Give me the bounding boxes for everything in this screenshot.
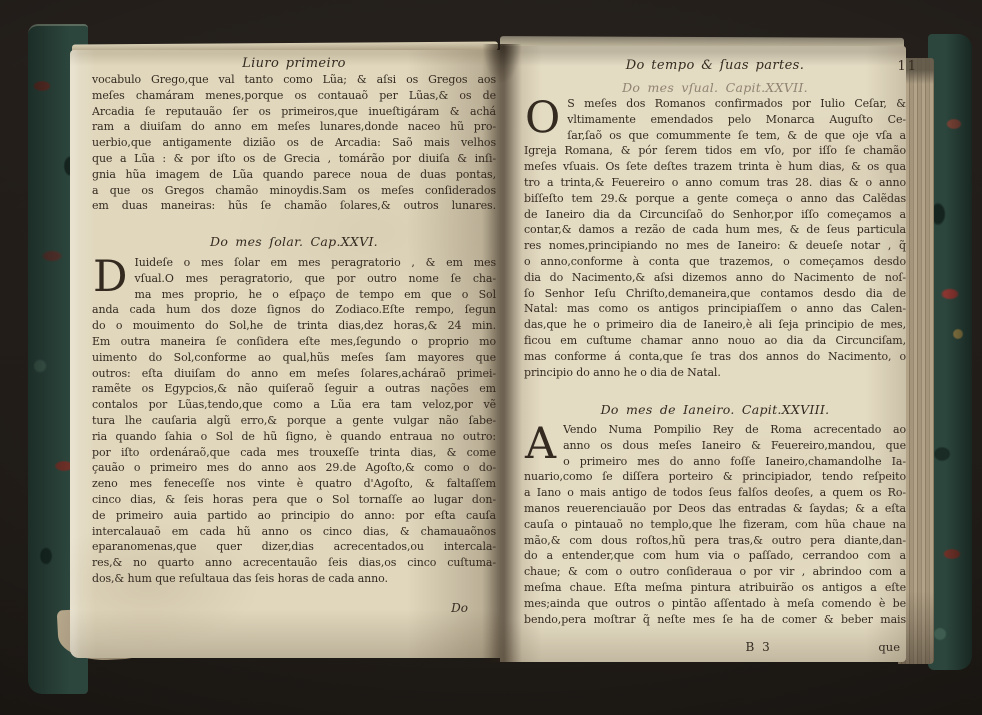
text-line: eparanomenas,que quer dizer,dias acrecen… <box>92 539 496 555</box>
text-line: dos,& hum que reſultaua das ſeis horas d… <box>92 571 496 587</box>
text-line: Iuideſe o mes ſolar em mes peragratorio … <box>134 255 496 271</box>
text-line: meſes chamáram menes,porque os contauaõ … <box>92 88 496 104</box>
drop-cap-o: O <box>525 98 560 138</box>
page-number: 11 <box>897 59 918 74</box>
drop-cap-a: A <box>525 424 556 464</box>
text-line: ſar,ſaõ os que comummente ſe tem, & de q… <box>567 128 906 144</box>
text-line: res,& no quarto anno acrecentauão ſeis d… <box>92 555 496 571</box>
text-line: ramẽte os Egypcios,& não quiſeraõ ſeguir… <box>92 381 496 397</box>
text-line: res nomes,principiando no mes de Ianeiro… <box>524 238 906 254</box>
chapter-heading-26: Do mes ſolar. Cap.XXVI. <box>92 234 496 249</box>
text-line: em duas maneiras: hũs ſe chamão ſolares,… <box>92 198 496 214</box>
text-line: de primeiro auia partido ao principio do… <box>92 508 496 524</box>
text-line: principio do anno he o dia de Natal. <box>524 365 906 381</box>
catchword-right: que <box>878 640 900 654</box>
text-line: do o mouimento do Sol,he de trinta dias,… <box>92 318 496 334</box>
text-line: mes;ainda que outros o pintão aſſentado … <box>524 596 906 612</box>
text-line: cinco dias, & ſeis horas pera que o Sol … <box>92 492 496 508</box>
chapter-heading-27: Do mes vſual. Capit.XXVII. <box>524 80 906 95</box>
text-line: biſſeſto tem 29.& porque a gente começa … <box>524 191 906 207</box>
gutter-shadow <box>482 44 522 662</box>
paragraph-lines: S meſes dos Romanos confirmados por Iuli… <box>524 96 906 380</box>
text-line: por iſto ordenáraõ,que cada mes trouxeſſ… <box>92 445 496 461</box>
text-line: o primeiro mes do anno foſſe Ianeiro,cha… <box>563 454 906 470</box>
gathering-signature: B 3 <box>746 640 772 654</box>
text-line: anda cada hum dos doze ſignos do Zodiaco… <box>92 302 496 318</box>
text-line: meſes vſuais. Os ſete deſtes trazem trin… <box>524 159 906 175</box>
text-line: gnia hũa imagem de Lũa quando parece nou… <box>92 167 496 183</box>
text-line: tro a trinta,& Feuereiro o anno comum tr… <box>524 175 906 191</box>
drop-cap-d: D <box>93 257 127 297</box>
paragraph-ch26: D Iuideſe o mes ſolar em mes peragratori… <box>92 255 496 587</box>
text-line: çauão o primeiro mes do anno aos 29.de A… <box>92 460 496 476</box>
text-line: nuario,como ſe diſſera porteiro & princi… <box>524 469 906 485</box>
text-line: outros: eſta diuiſam do anno em meſes ſo… <box>92 366 496 382</box>
text-line: Igreja Romana, & pór ſerem tidos em vſo,… <box>524 143 906 159</box>
text-line: dia do Nacimento,& aſsi dizemos anno do … <box>524 270 906 286</box>
text-line: contar,& damos a rezão de cada hum mes, … <box>524 222 906 238</box>
running-head-right: Do tempo & ſuas partes. <box>524 58 906 73</box>
paragraph-lines: vocabulo Grego,que val tanto como Lũa; &… <box>92 72 496 214</box>
page-right-text-column: Do tempo & ſuas partes. 11 Do mes vſual.… <box>524 46 906 662</box>
text-line: de Ianeiro dia da Circunciſaõ do Senhor,… <box>524 207 906 223</box>
text-line: Arcadia ſe reputauão ſer os primeiros,qu… <box>92 104 496 120</box>
text-line: vocabulo Grego,que val tanto como Lũa; &… <box>92 72 496 88</box>
text-line: chaue; & com o outro conſideraua o por v… <box>524 564 906 580</box>
text-line: mas conforme á conta,que ſe tras dos ann… <box>524 349 906 365</box>
text-line: que a Lũa : & por iſto os de Grecia , to… <box>92 151 496 167</box>
text-line: manos reuerenciauão por Deos das entrada… <box>524 501 906 517</box>
signature-row: B 3 que <box>524 640 906 656</box>
text-line: uerbio,que antigamente dizião os de Arca… <box>92 135 496 151</box>
photo-background: Liuro primeiro vocabulo Grego,que val ta… <box>0 0 982 715</box>
text-line: mão,& com dous roſtos,hũ pera tras,& out… <box>524 533 906 549</box>
text-line: ſo Senhor Ieſu Chriſto,demaneira,que con… <box>524 286 906 302</box>
page-left: Liuro primeiro vocabulo Grego,que val ta… <box>70 50 502 658</box>
text-line: Natal: mas como os antigos principiaſſem… <box>524 301 906 317</box>
text-line: bendo,pera moſtrar q̃ neſte mes ſe ha de… <box>524 612 906 628</box>
paragraph-lines: Iuideſe o mes ſolar em mes peragratorio … <box>92 255 496 587</box>
text-line: a Iano o mais antigo de todos ſeus falſo… <box>524 485 906 501</box>
text-line: cauſa o pintauaõ no templo,que lhe fizer… <box>524 517 906 533</box>
text-line: do a entender,que com hum via o paſſado,… <box>524 548 906 564</box>
text-line: uimento do Sol,conforme ao qual,hũs meſe… <box>92 350 496 366</box>
text-line: vſual.O mes peragratorio, que por outro … <box>134 271 496 287</box>
text-line: a que os Gregos chamão minoydis.Sam os m… <box>92 183 496 199</box>
text-line: das,que he o primeiro dia de Ianeiro,è a… <box>524 317 906 333</box>
text-line: ria quando ſahia o Sol de hũ ſigno, è qu… <box>92 429 496 445</box>
paragraph-lines: Vendo Numa Pompilio Rey de Roma acrecent… <box>524 422 906 627</box>
text-line: vltimamente emendados pelo Monarca Auguſ… <box>567 112 906 128</box>
catchword-left: Do <box>451 601 468 615</box>
paragraph-ch28: A Vendo Numa Pompilio Rey de Roma acrece… <box>524 422 906 627</box>
text-line: contalos por Lũas,tendo,que como a Lũa e… <box>92 397 496 413</box>
text-line: anno os dous meſes Ianeiro & Feuereiro,m… <box>563 438 906 454</box>
page-left-text-column: Liuro primeiro vocabulo Grego,que val ta… <box>92 50 496 658</box>
text-line: Vendo Numa Pompilio Rey de Roma acrecent… <box>563 422 906 438</box>
text-line: ma mes proprio, he o eſpaço de tempo em … <box>134 287 496 303</box>
text-line: intercalauaõ em cada hũ anno os cinco di… <box>92 524 496 540</box>
text-line: tura lhe cauſaria algũ erro,& porque a g… <box>92 413 496 429</box>
text-line: Em outra maneira ſe conſidera eſte mes,ſ… <box>92 334 496 350</box>
running-head-left: Liuro primeiro <box>92 56 496 71</box>
paragraph-ch27: O S meſes dos Romanos confirmados por Iu… <box>524 96 906 380</box>
text-line: ram a diuiſam do anno em meſes lunares,d… <box>92 119 496 135</box>
text-line: zeno mes feneceſſe nos vinte è quatro d'… <box>92 476 496 492</box>
text-line: ficou em cuſtume chamar anno nouo ao dia… <box>524 333 906 349</box>
book-cover-right-marbled <box>928 34 972 670</box>
paragraph-continuation: vocabulo Grego,que val tanto como Lũa; &… <box>92 72 496 214</box>
chapter-heading-28: Do mes de Ianeiro. Capit.XXVIII. <box>524 402 906 417</box>
text-line: S meſes dos Romanos confirmados por Iuli… <box>567 96 906 112</box>
text-line: o anno,conforme à conta que trazemos, o … <box>524 254 906 270</box>
text-line: meſma chaue. Eſta meſma pintura atribuir… <box>524 580 906 596</box>
page-right: Do tempo & ſuas partes. 11 Do mes vſual.… <box>500 46 906 662</box>
